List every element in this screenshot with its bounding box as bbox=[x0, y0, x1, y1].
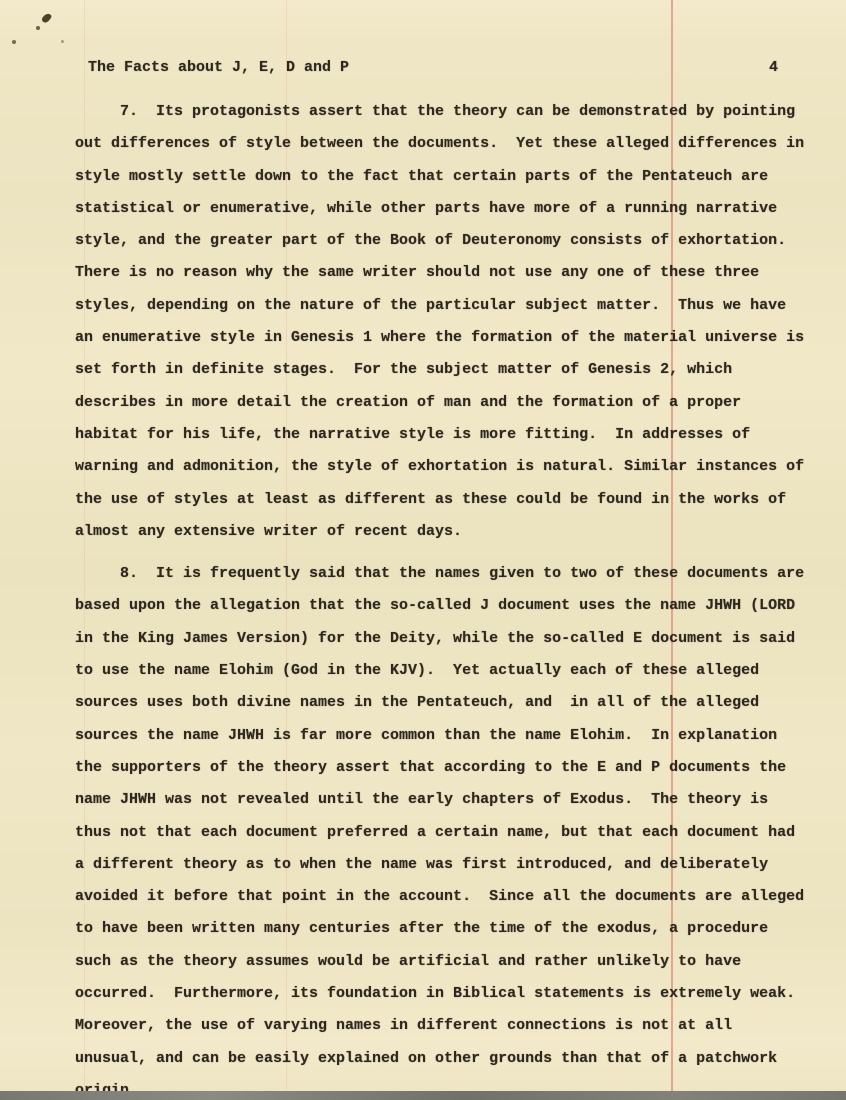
text-line: 7. Its protagonists assert that the theo… bbox=[75, 96, 835, 128]
text-line: warning and admonition, the style of exh… bbox=[75, 451, 835, 483]
text-line: Moreover, the use of varying names in di… bbox=[75, 1010, 835, 1042]
document-title: The Facts about J, E, D and P bbox=[88, 57, 349, 79]
text-line: avoided it before that point in the acco… bbox=[75, 881, 835, 913]
ink-speck bbox=[61, 40, 64, 43]
text-line: habitat for his life, the narrative styl… bbox=[75, 419, 835, 451]
text-line: out differences of style between the doc… bbox=[75, 128, 835, 160]
ink-speck bbox=[41, 12, 53, 24]
text-line: such as the theory assumes would be arti… bbox=[75, 946, 835, 978]
text-line: based upon the allegation that the so-ca… bbox=[75, 590, 835, 622]
text-line: style mostly settle down to the fact tha… bbox=[75, 161, 835, 193]
text-line: unusual, and can be easily explained on … bbox=[75, 1043, 835, 1075]
text-line: a different theory as to when the name w… bbox=[75, 849, 835, 881]
text-line: thus not that each document preferred a … bbox=[75, 817, 835, 849]
text-line: sources uses both divine names in the Pe… bbox=[75, 687, 835, 719]
text-line: occurred. Furthermore, its foundation in… bbox=[75, 978, 835, 1010]
page-header: The Facts about J, E, D and P 4 bbox=[0, 57, 846, 79]
text-line: in the King James Version) for the Deity… bbox=[75, 623, 835, 655]
text-line: set forth in definite stages. For the su… bbox=[75, 354, 835, 386]
text-line: to have been written many centuries afte… bbox=[75, 913, 835, 945]
paragraph-8: 8. It is frequently said that the names … bbox=[75, 558, 835, 1100]
text-line: styles, depending on the nature of the p… bbox=[75, 290, 835, 322]
scan-edge-strip bbox=[0, 1091, 846, 1100]
text-line: name JHWH was not revealed until the ear… bbox=[75, 784, 835, 816]
ink-speck bbox=[12, 40, 16, 44]
text-line: sources the name JHWH is far more common… bbox=[75, 720, 835, 752]
text-line: an enumerative style in Genesis 1 where … bbox=[75, 322, 835, 354]
text-line: describes in more detail the creation of… bbox=[75, 387, 835, 419]
paragraph-7: 7. Its protagonists assert that the theo… bbox=[75, 96, 835, 548]
text-line: 8. It is frequently said that the names … bbox=[75, 558, 835, 590]
typewritten-text: 7. Its protagonists assert that the theo… bbox=[75, 96, 835, 1100]
text-line: the use of styles at least as different … bbox=[75, 484, 835, 516]
text-line: statistical or enumerative, while other … bbox=[75, 193, 835, 225]
text-line: to use the name Elohim (God in the KJV).… bbox=[75, 655, 835, 687]
document-page: The Facts about J, E, D and P 4 7. Its p… bbox=[0, 0, 846, 1100]
text-line: the supporters of the theory assert that… bbox=[75, 752, 835, 784]
text-line: style, and the greater part of the Book … bbox=[75, 225, 835, 257]
text-line: almost any extensive writer of recent da… bbox=[75, 516, 835, 548]
text-line: There is no reason why the same writer s… bbox=[75, 257, 835, 289]
ink-speck bbox=[36, 26, 40, 30]
page-number: 4 bbox=[769, 57, 778, 79]
